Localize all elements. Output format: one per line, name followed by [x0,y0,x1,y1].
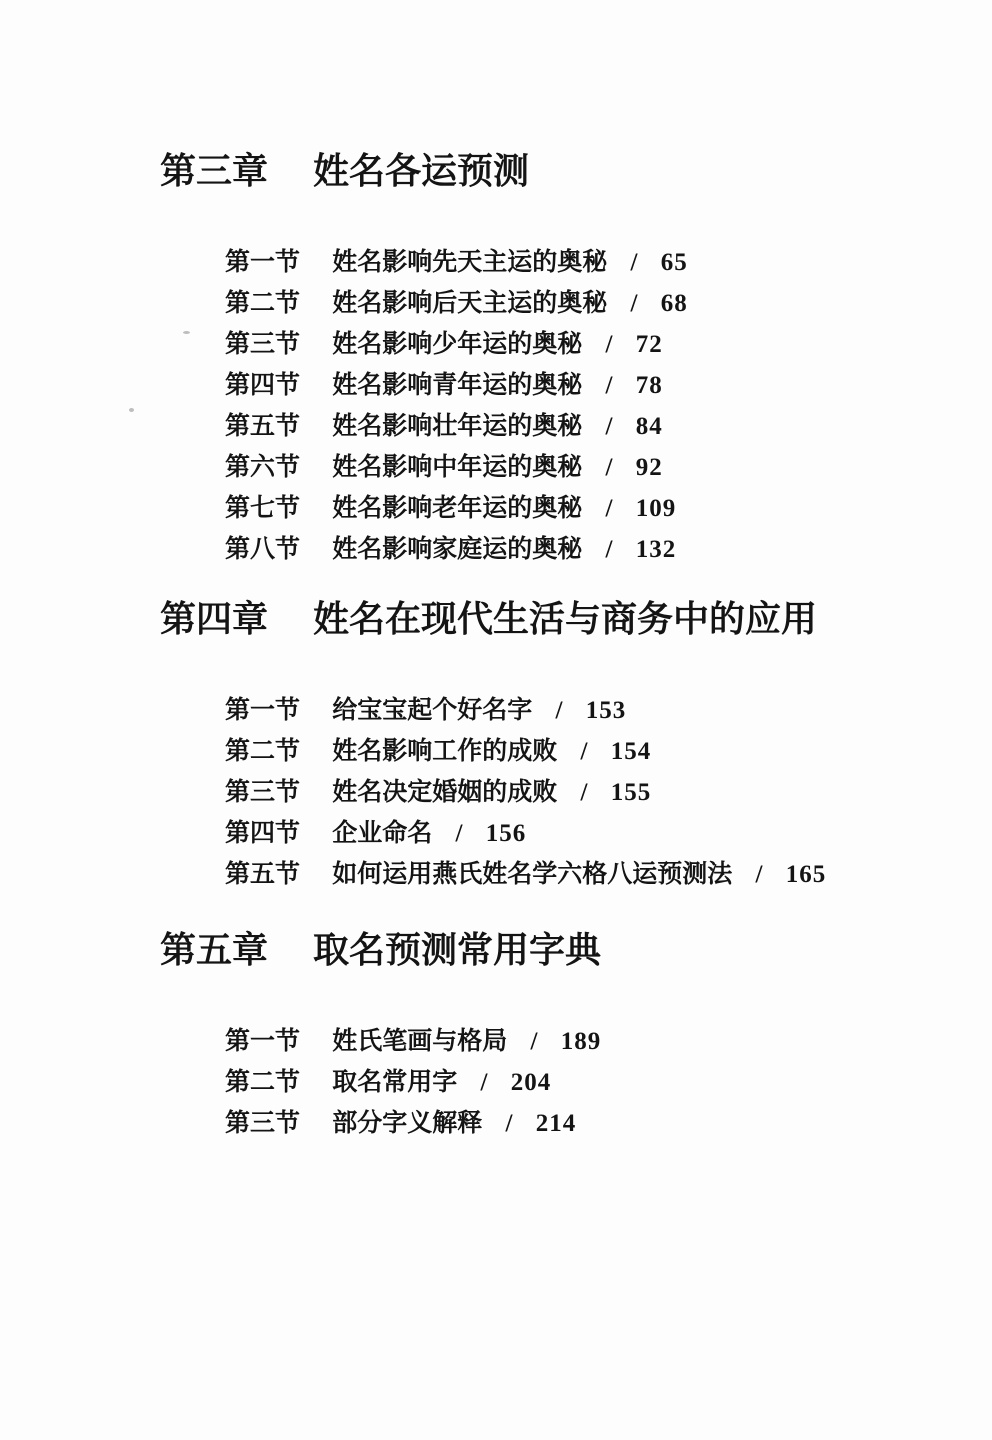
toc-entry: 第五节 姓名影响壮年运的奥秘 / 84 [225,406,992,447]
toc-entry: 第六节 姓名影响中年运的奥秘 / 92 [225,447,992,488]
section-number: 第七节 [225,495,300,522]
toc-entry: 第四节 企业命名 / 156 [225,813,992,854]
section-number: 第六节 [225,454,300,481]
section-title: 部分字义解释 [332,1110,482,1137]
toc-entry: 第一节 姓名影响先天主运的奥秘 / 65 [225,242,992,283]
chapter-number: 第五章 [160,930,268,970]
section-number: 第五节 [225,413,300,440]
section-title: 姓名影响工作的成败 [332,738,557,765]
page-number: 154 [611,738,652,765]
page-number: 156 [486,820,527,847]
section-number: 第三节 [225,331,300,358]
page-separator: / [581,738,588,765]
section-title: 姓名影响家庭运的奥秘 [332,536,582,563]
section-number: 第二节 [225,290,300,317]
toc-entry: 第三节 姓名影响少年运的奥秘 / 72 [225,324,992,365]
section-title: 企业命名 [332,820,432,847]
page-number: 109 [636,495,677,522]
section-title: 姓名影响青年运的奥秘 [332,372,582,399]
section-number: 第一节 [225,697,300,724]
book-toc-page: 第三章 姓名各运预测 第一节 姓名影响先天主运的奥秘 / 65 第二节 姓名影响… [0,0,992,1440]
section-title: 姓名决定婚姻的成败 [332,779,557,806]
page-number: 204 [511,1069,552,1096]
page-separator: / [606,372,613,399]
toc-entry: 第八节 姓名影响家庭运的奥秘 / 132 [225,529,992,570]
page-separator: / [531,1028,538,1055]
toc-entry: 第一节 给宝宝起个好名字 / 153 [225,690,992,731]
chapter-title: 姓名各运预测 [313,151,529,191]
page-number: 214 [536,1110,577,1137]
page-separator: / [556,697,563,724]
page-separator: / [481,1069,488,1096]
page-separator: / [631,290,638,317]
toc-entry: 第三节 姓名决定婚姻的成败 / 155 [225,772,992,813]
section-title: 姓名影响老年运的奥秘 [332,495,582,522]
page-separator: / [606,536,613,563]
page-number: 72 [636,331,663,358]
page-number: 78 [636,372,663,399]
section-number: 第二节 [225,1069,300,1096]
section-number: 第一节 [225,1028,300,1055]
section-number: 第三节 [225,1110,300,1137]
section-title: 姓名影响后天主运的奥秘 [332,290,607,317]
chapter-title: 取名预测常用字典 [313,930,601,970]
page-separator: / [606,495,613,522]
toc-content: 第三章 姓名各运预测 第一节 姓名影响先天主运的奥秘 / 65 第二节 姓名影响… [0,150,992,1144]
page-separator: / [606,413,613,440]
chapter-heading: 第四章 姓名在现代生活与商务中的应用 [160,598,992,640]
section-title: 如何运用燕氏姓名学六格八运预测法 [332,861,732,888]
section-list: 第一节 给宝宝起个好名字 / 153 第二节 姓名影响工作的成败 / 154 第… [225,690,992,895]
section-list: 第一节 姓氏笔画与格局 / 189 第二节 取名常用字 / 204 第三节 部分… [225,1021,992,1144]
toc-chapter: 第三章 姓名各运预测 第一节 姓名影响先天主运的奥秘 / 65 第二节 姓名影响… [0,150,992,570]
page-number: 65 [661,249,688,276]
section-title: 取名常用字 [332,1069,457,1096]
toc-entry: 第二节 姓名影响后天主运的奥秘 / 68 [225,283,992,324]
toc-entry: 第四节 姓名影响青年运的奥秘 / 78 [225,365,992,406]
section-title: 给宝宝起个好名字 [332,697,532,724]
toc-entry: 第二节 取名常用字 / 204 [225,1062,992,1103]
toc-chapter: 第四章 姓名在现代生活与商务中的应用 第一节 给宝宝起个好名字 / 153 第二… [0,598,992,895]
scan-artifact [183,331,190,334]
toc-chapter: 第五章 取名预测常用字典 第一节 姓氏笔画与格局 / 189 第二节 取名常用字… [0,929,992,1144]
page-separator: / [606,454,613,481]
section-title: 姓名影响少年运的奥秘 [332,331,582,358]
section-list: 第一节 姓名影响先天主运的奥秘 / 65 第二节 姓名影响后天主运的奥秘 / 6… [225,242,992,570]
page-number: 165 [786,861,827,888]
section-title: 姓名影响先天主运的奥秘 [332,249,607,276]
chapter-heading: 第三章 姓名各运预测 [160,150,992,192]
section-number: 第五节 [225,861,300,888]
page-number: 84 [636,413,663,440]
page-number: 189 [561,1028,602,1055]
page-number: 92 [636,454,663,481]
scan-artifact [129,408,134,412]
page-number: 132 [636,536,677,563]
chapter-title: 姓名在现代生活与商务中的应用 [313,599,817,639]
toc-entry: 第五节 如何运用燕氏姓名学六格八运预测法 / 165 [225,854,992,895]
section-number: 第四节 [225,820,300,847]
section-number: 第三节 [225,779,300,806]
toc-entry: 第三节 部分字义解释 / 214 [225,1103,992,1144]
page-separator: / [456,820,463,847]
chapter-heading: 第五章 取名预测常用字典 [160,929,992,971]
section-title: 姓名影响壮年运的奥秘 [332,413,582,440]
section-title: 姓名影响中年运的奥秘 [332,454,582,481]
section-number: 第二节 [225,738,300,765]
page-separator: / [506,1110,513,1137]
chapter-number: 第三章 [160,151,268,191]
section-number: 第一节 [225,249,300,276]
page-separator: / [631,249,638,276]
page-number: 68 [661,290,688,317]
toc-entry: 第一节 姓氏笔画与格局 / 189 [225,1021,992,1062]
section-title: 姓氏笔画与格局 [332,1028,507,1055]
section-number: 第八节 [225,536,300,563]
page-number: 155 [611,779,652,806]
page-number: 153 [586,697,627,724]
toc-entry: 第七节 姓名影响老年运的奥秘 / 109 [225,488,992,529]
page-separator: / [756,861,763,888]
chapter-number: 第四章 [160,599,268,639]
page-separator: / [581,779,588,806]
section-number: 第四节 [225,372,300,399]
toc-entry: 第二节 姓名影响工作的成败 / 154 [225,731,992,772]
page-separator: / [606,331,613,358]
